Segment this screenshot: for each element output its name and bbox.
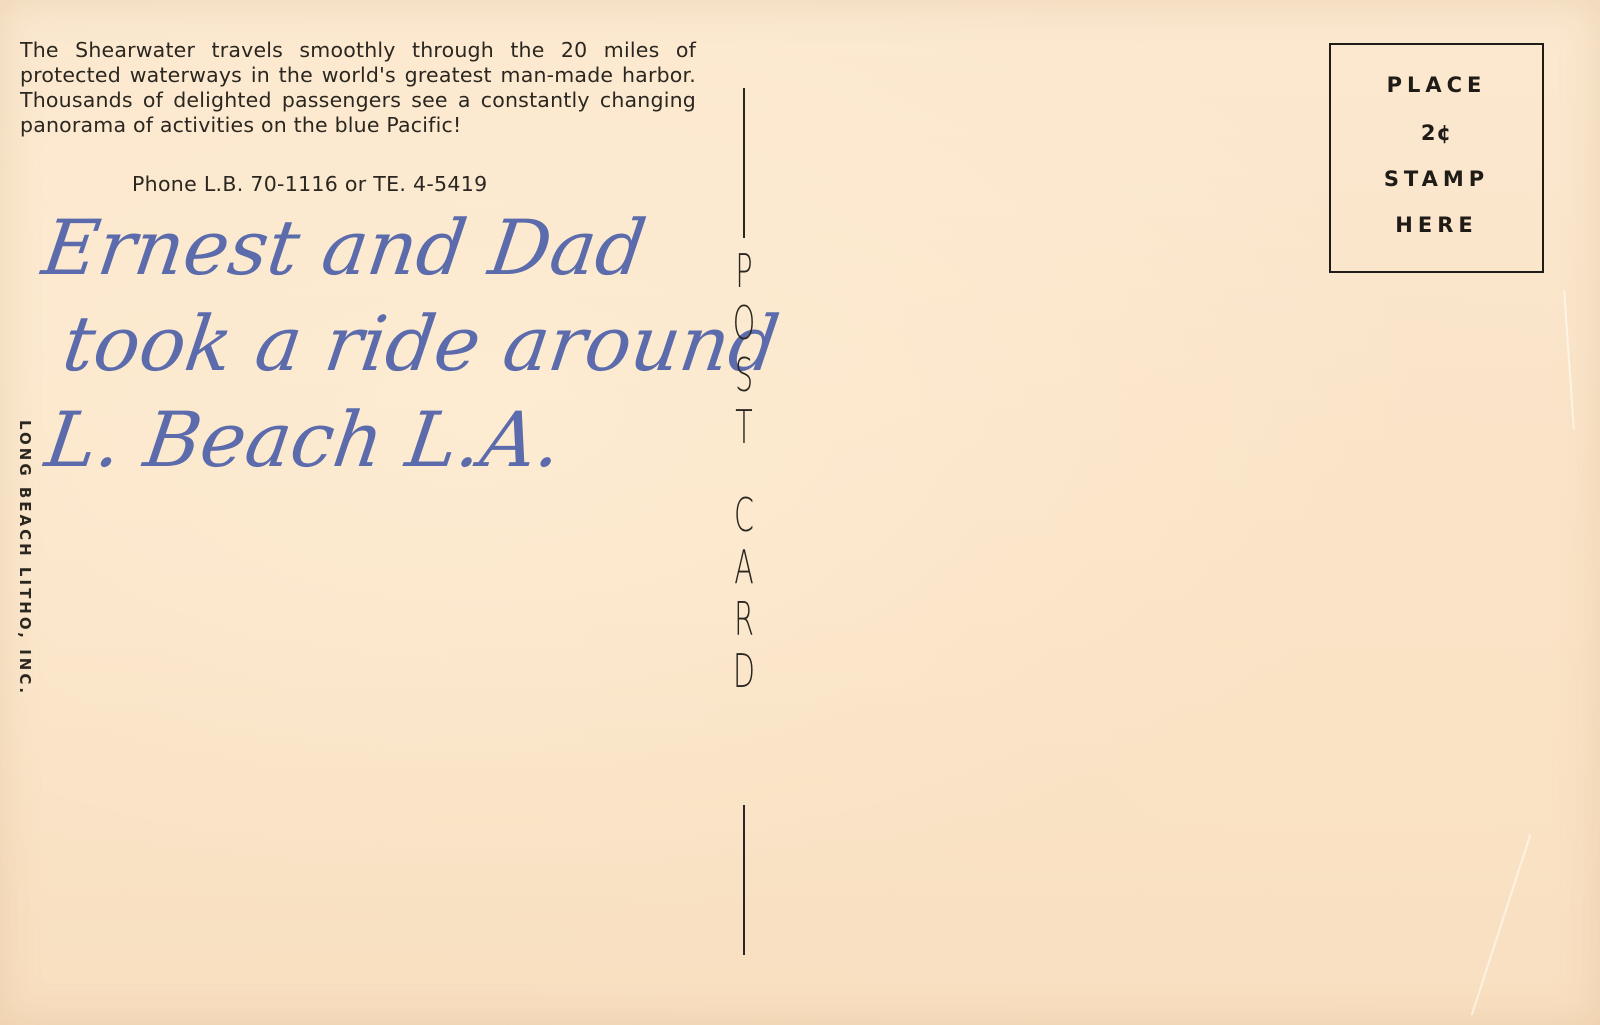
handwritten-line: Ernest and Dad	[37, 200, 799, 296]
divider-line-bottom	[743, 805, 745, 955]
stamp-box-line: STAMP	[1384, 167, 1489, 191]
handwritten-line: L. Beach L.A.	[40, 392, 772, 488]
divider-letter: O	[733, 297, 755, 349]
paper-crease	[1563, 290, 1575, 430]
post-card-vertical-label: P O S T C A R D	[734, 245, 754, 697]
divider-letter: R	[734, 593, 754, 645]
caption-text: The Shearwater travels smoothly through …	[20, 38, 696, 138]
stamp-box-line: HERE	[1395, 213, 1477, 237]
phone-number: Phone L.B. 70-1116 or TE. 4-5419	[132, 172, 487, 196]
divider-line-top	[743, 88, 745, 238]
handwritten-line: took a ride around	[57, 296, 785, 392]
divider-letter: T	[735, 401, 752, 453]
postcard-back: The Shearwater travels smoothly through …	[0, 0, 1600, 1025]
stamp-box: PLACE 2¢ STAMP HERE	[1329, 43, 1544, 273]
handwritten-message: Ernest and Dad took a ride around L. Bea…	[10, 200, 799, 488]
printer-credit: LONG BEACH LITHO, INC.	[16, 420, 34, 696]
divider-letter: D	[733, 645, 755, 697]
divider-letter: C	[734, 489, 754, 541]
divider-letter: P	[735, 245, 752, 297]
paper-crease	[1471, 834, 1532, 1015]
divider-letter: S	[735, 349, 753, 401]
stamp-box-line: 2¢	[1421, 121, 1452, 145]
divider-letter: A	[734, 541, 754, 593]
stamp-box-line: PLACE	[1387, 73, 1487, 97]
